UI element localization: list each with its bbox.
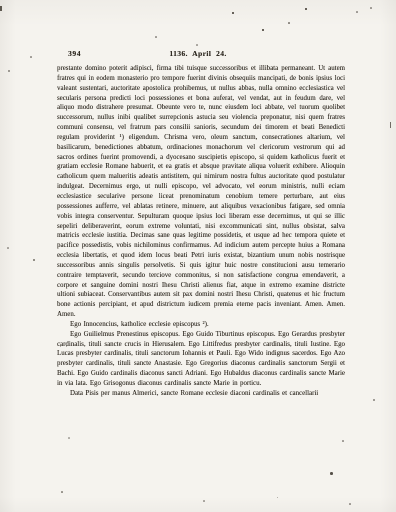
paragraph-pope-subscription: Ego Innocencius, katholice ecclesie epis… [57,320,345,330]
scan-speck [349,503,351,505]
scanned-book-page: 394 1136. April 24. prestante domino pot… [0,0,396,512]
scan-speck [68,437,70,439]
scan-speck [8,70,10,72]
scan-speck [33,259,35,261]
scan-speck [232,12,234,14]
scan-speck [305,8,307,10]
text-block: prestante domino poterit adipisci, firma… [57,64,345,399]
scan-speck [330,472,333,475]
scan-speck [370,7,372,9]
scan-speck [203,500,205,502]
scan-speck [288,22,290,24]
paragraph-datum-line: Data Pisis per manus Almerici, sancte Ro… [57,389,345,399]
scan-speck [7,247,9,249]
scan-speck [0,6,2,11]
scan-speck [342,440,344,442]
scan-speck [277,497,278,498]
paragraph-privilege-text: prestante domino poterit adipisci, firma… [57,64,345,320]
scan-speck [155,36,157,38]
scan-speck [373,399,375,401]
paragraph-cardinal-subscriptions: Ego Guilielmus Prenestinus episcopus. Eg… [57,330,345,389]
running-head-date: 1136. April 24. [0,49,396,58]
scan-speck [262,29,264,31]
scan-speck [61,491,63,493]
scan-speck [356,11,358,13]
scan-speck [196,44,198,46]
scan-speck [390,122,391,128]
